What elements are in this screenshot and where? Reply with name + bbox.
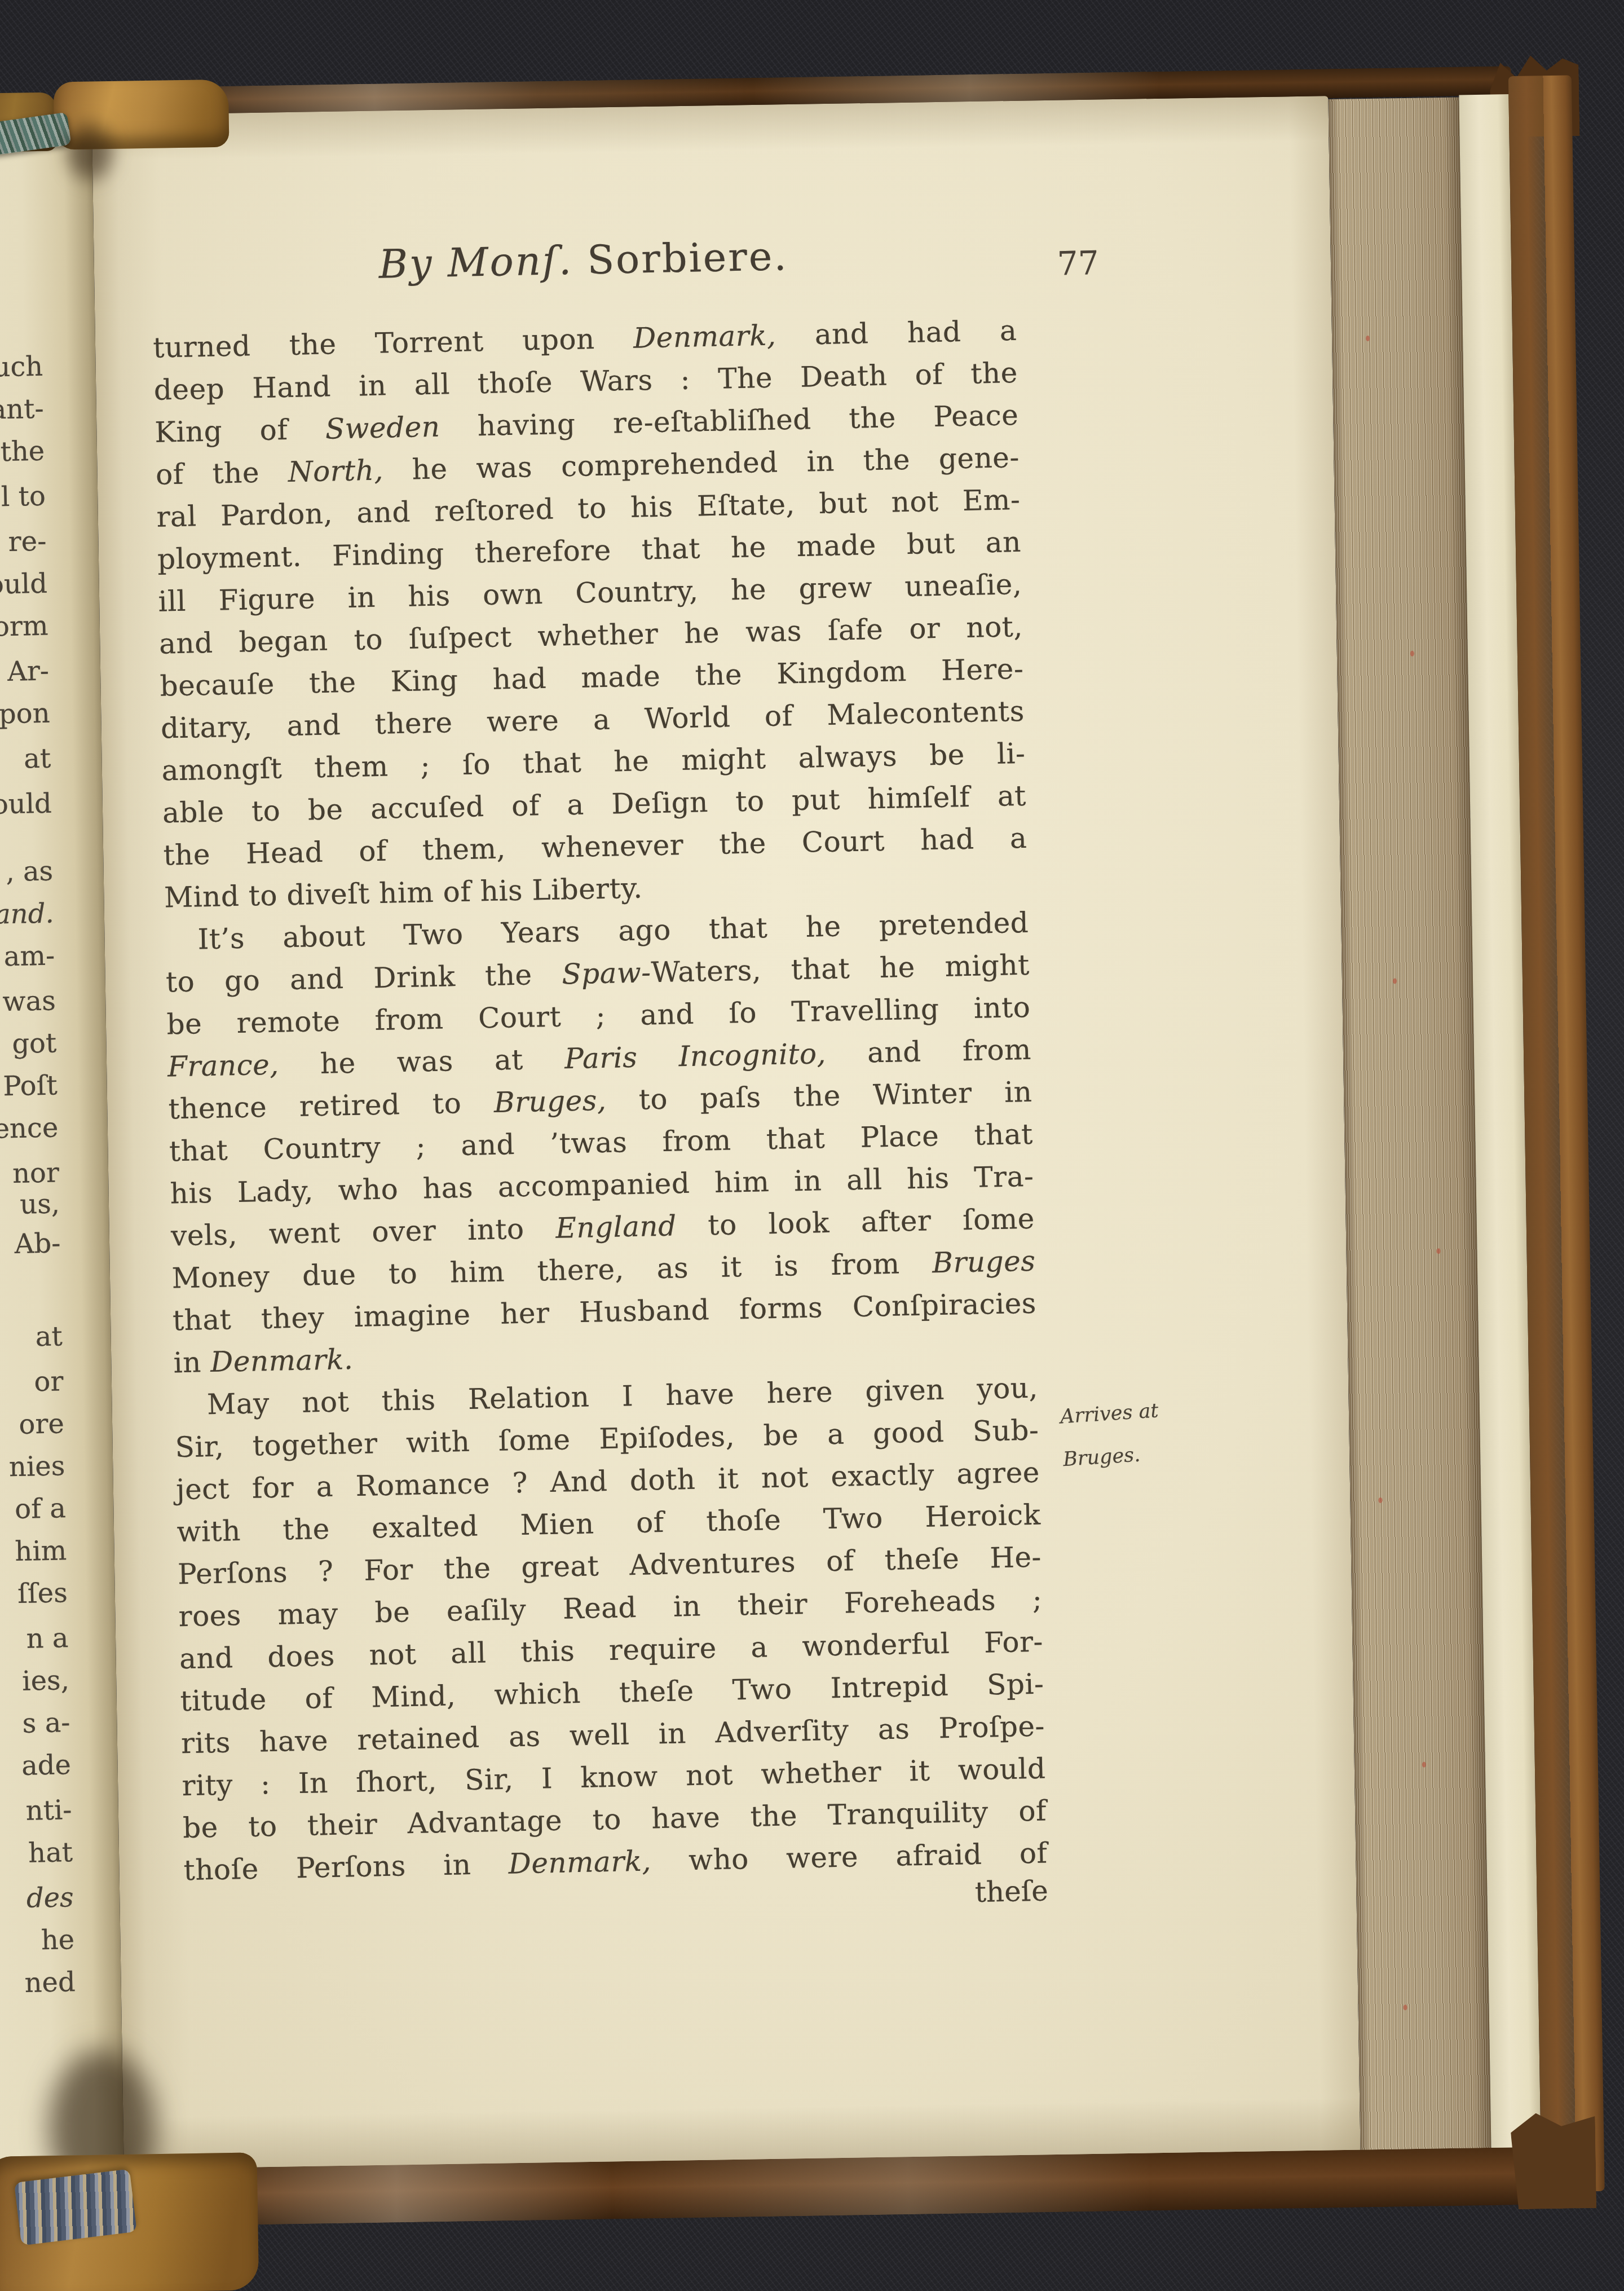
facing-page-fragment: us, (0, 1188, 60, 1221)
facing-page-fragment: got (0, 1027, 57, 1060)
facing-page-fragment: Ar- (0, 655, 50, 689)
facing-page-fragment: at (0, 1320, 63, 1354)
facing-page-fragment: the (0, 435, 45, 469)
facing-page-fragment: ade (0, 1749, 71, 1782)
facing-page-fragment: him (0, 1535, 67, 1568)
facing-page-fragment: and. (0, 897, 54, 931)
running-header-name: Sorbiere. (572, 233, 788, 284)
facing-page-fragment: ant- (0, 393, 44, 426)
facing-page-fragment: s a- (0, 1707, 70, 1740)
facing-page-fragment: , as (0, 856, 54, 889)
facing-page-fragment: hat (0, 1836, 73, 1870)
margin-note: Arrives at Bruges. (1059, 1385, 1233, 1481)
facing-page-fragment: nor (0, 1157, 59, 1190)
facing-page-fragment: ſſes (0, 1577, 68, 1610)
facing-page-fragment: am- (0, 940, 55, 973)
facing-page-fragment: of a (0, 1492, 66, 1526)
facing-page-fragment: at (0, 743, 51, 776)
facing-page-fragment: Poſt (0, 1069, 58, 1103)
facing-page-fragment: n a (0, 1622, 69, 1655)
open-book: By Monſ. Sorbiere. 77 turned the Torrent… (0, 91, 1624, 2239)
facing-page-fragment: ence (0, 1112, 59, 1145)
facing-page-fragment: he (0, 1924, 75, 1957)
facing-page-fragment: nies (0, 1450, 65, 1483)
facing-page-fragment: orm (0, 610, 48, 644)
facing-page-fragment: or (0, 1365, 64, 1399)
facing-page-fragment: ore (0, 1408, 64, 1441)
photo-background: By Monſ. Sorbiere. 77 turned the Torrent… (0, 0, 1624, 2291)
facing-page-fragment: l to (0, 481, 46, 514)
facing-page-fragment: ould (0, 568, 47, 601)
printed-page-content: By Monſ. Sorbiere. 77 turned the Torrent… (0, 87, 1624, 2242)
facing-page-fragment: was (0, 985, 56, 1018)
running-header: By Monſ. Sorbiere. (151, 228, 1016, 292)
facing-page-fragment: uch (0, 351, 43, 384)
facing-page-fragment: des (0, 1882, 74, 1915)
running-header-author: By Monſ. (378, 237, 573, 288)
page-number: 77 (1057, 244, 1099, 283)
facing-page-fragment: ned (0, 1966, 76, 1999)
facing-page-fragment: Ab- (0, 1227, 61, 1261)
facing-page-fragment: ould (0, 788, 52, 821)
facing-page-fragment: nti- (0, 1794, 72, 1827)
facing-page-fragment: ies, (0, 1664, 69, 1698)
facing-page-fragment: pon (0, 698, 50, 731)
facing-page-fragment: re- (0, 526, 47, 559)
